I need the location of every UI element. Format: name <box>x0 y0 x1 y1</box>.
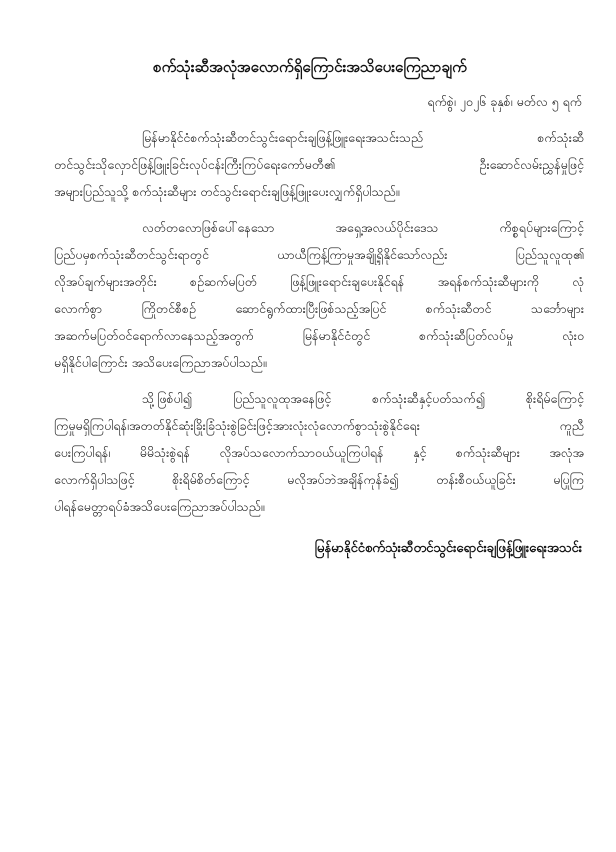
issuer-signature: မြန်မာနိုင်ငံစက်သုံးဆီတင်သွင်းရောင်းချဖြ… <box>315 538 582 560</box>
paragraph-line: မရှိနိုင်ပါကြောင်း အသိပေးကြေညာအပ်ပါသည်။ <box>54 349 584 376</box>
paragraph-1: မြန်မာနိုင်ငံစက်သုံးဆီတင်သွင်းရောင်းချဖြ… <box>54 124 584 205</box>
paragraph-line: လောက်ရှိပါသဖြင့် စိုးရိမ်စိတ်ကြောင့် မလိ… <box>54 466 584 493</box>
paragraph-line: ပြည်ပမှစက်သုံးဆီတင်သွင်းရာတွင် ယာယီကြန့်… <box>54 241 584 268</box>
paragraph-line: မြန်မာနိုင်ငံစက်သုံးဆီတင်သွင်းရောင်းချဖြ… <box>54 124 584 151</box>
paragraph-line: လောက်စွာ ကြိုတင်စီစဥ် ဆောင်ရွက်ထားပြီးဖြ… <box>54 295 584 322</box>
paragraph-line: ကြမှုမရှိကြပါရန်၊အတတ်နိုင်ဆုံးခြိုးခြံသု… <box>54 412 584 439</box>
document-title: စက်သုံးဆီအလုံအလောက်ရှိကြောင်းအသိပေးကြေညာ… <box>60 56 560 78</box>
paragraph-line: လိုအပ်ချက်များအတိုင်း စဉ်ဆက်မပြတ် ဖြန့်ဖ… <box>54 268 584 295</box>
paragraph-line: လတ်တလောဖြစ်ပေါ်နေသော အရှေ့အလယ်ပိုင်းဒေသ … <box>54 214 584 241</box>
document-page: စက်သုံးဆီအလုံအလောက်ရှိကြောင်းအသိပေးကြေညာ… <box>0 0 616 852</box>
paragraph-line: တင်သွင်းသိုလှောင်ဖြန့်ဖြူးခြင်းလုပ်ငန်းက… <box>54 151 584 178</box>
paragraph-line: အများပြည်သူသို့ စက်သုံးဆီများ တင်သွင်းရေ… <box>54 178 584 205</box>
paragraph-3: သို့ဖြစ်ပါ၍ ပြည်သူလူထုအနေဖြင့် စက်သုံးဆီ… <box>54 385 584 520</box>
paragraph-line: အဆက်မပြတ်ဝင်ရောက်လာနေသည့်အတွက် မြန်မာနို… <box>54 322 584 349</box>
paragraph-line: ပေးကြပါရန်၊ မိမိသုံးစွဲရန် လိုအပ်သလောက်သ… <box>54 439 584 466</box>
document-date: ရက်စွဲ၊ ၂၀၂၆ ခုနှစ်၊ မတ်လ ၅ ရက် <box>427 92 582 112</box>
paragraph-2: လတ်တလောဖြစ်ပေါ်နေသော အရှေ့အလယ်ပိုင်းဒေသ … <box>54 214 584 376</box>
paragraph-line: ပါရန်မေတ္တာရပ်ခံအသိပေးကြေညာအပ်ပါသည်။ <box>54 493 584 520</box>
paragraph-line: သို့ဖြစ်ပါ၍ ပြည်သူလူထုအနေဖြင့် စက်သုံးဆီ… <box>54 385 584 412</box>
